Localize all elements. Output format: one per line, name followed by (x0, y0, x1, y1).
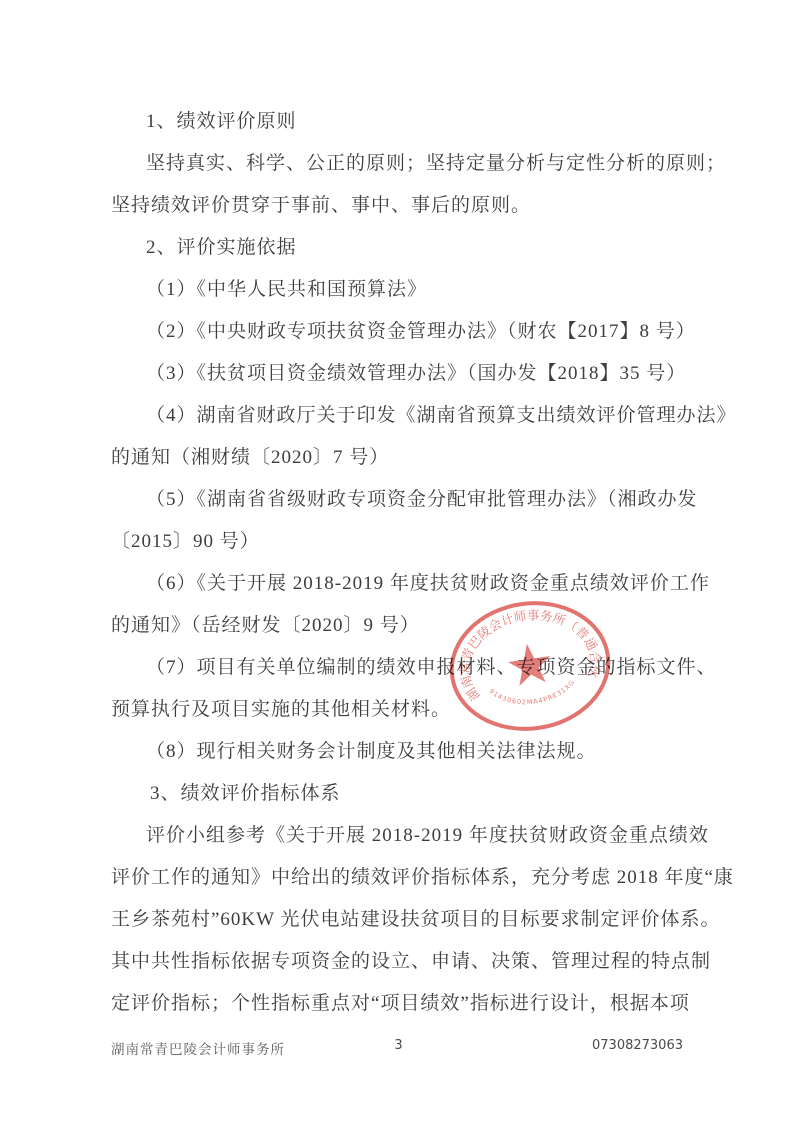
text-line: （3）《扶贫项目资金绩效管理办法》（国办发【2018】35 号） (111, 353, 689, 395)
footer-phone: 07308273063 (592, 1038, 683, 1053)
text-line: （1）《中华人民共和国预算法》 (111, 269, 689, 311)
footer-company: 湖南常青巴陵会计师事务所 (111, 1038, 285, 1058)
text-line: 预算执行及项目实施的其他相关材料。 (111, 689, 689, 731)
text-line: （7）项目有关单位编制的绩效申报材料、专项资金的指标文件、 (111, 647, 689, 689)
text-line: （4）湖南省财政厅关于印发《湖南省预算支出绩效评价管理办法》 (111, 395, 689, 437)
text-line: 的通知》（岳经财发〔2020〕9 号） (111, 605, 689, 647)
text-line: （2）《中央财政专项扶贫资金管理办法》（财农【2017】8 号） (111, 311, 689, 353)
text-line: （8）现行相关财务会计制度及其他相关法律法规。 (111, 731, 689, 773)
text-line: 评价工作的通知》中给出的绩效评价指标体系，充分考虑 2018 年度“康 (111, 857, 689, 899)
document-page: 1、绩效评价原则坚持真实、科学、公正的原则；坚持定量分析与定性分析的原则；坚持绩… (0, 0, 793, 1121)
text-line: （5）《湖南省省级财政专项资金分配审批管理办法》（湘政办发 (111, 479, 689, 521)
document-body: 1、绩效评价原则坚持真实、科学、公正的原则；坚持定量分析与定性分析的原则；坚持绩… (111, 101, 689, 1025)
text-line: 王乡茶苑村”60KW 光伏电站建设扶贫项目的目标要求制定评价体系。 (111, 899, 689, 941)
text-line: 3、绩效评价指标体系 (111, 773, 689, 815)
text-line: 的通知（湘财绩〔2020〕7 号） (111, 437, 689, 479)
text-line: 坚持绩效评价贯穿于事前、事中、事后的原则。 (111, 185, 689, 227)
text-line: 评价小组参考《关于开展 2018-2019 年度扶贫财政资金重点绩效 (111, 815, 689, 857)
text-line: 1、绩效评价原则 (111, 101, 689, 143)
footer-page-number: 3 (394, 1038, 402, 1053)
text-line: 坚持真实、科学、公正的原则；坚持定量分析与定性分析的原则； (111, 143, 689, 185)
text-line: 〔2015〕90 号） (111, 521, 689, 563)
text-line: 定评价指标；个性指标重点对“项目绩效”指标进行设计，根据本项 (111, 983, 689, 1025)
page-footer: 湖南常青巴陵会计师事务所 3 07308273063 (111, 1038, 686, 1058)
text-line: 其中共性指标依据专项资金的设立、申请、决策、管理过程的特点制 (111, 941, 689, 983)
text-line: （6）《关于开展 2018-2019 年度扶贫财政资金重点绩效评价工作 (111, 563, 689, 605)
text-line: 2、评价实施依据 (111, 227, 689, 269)
